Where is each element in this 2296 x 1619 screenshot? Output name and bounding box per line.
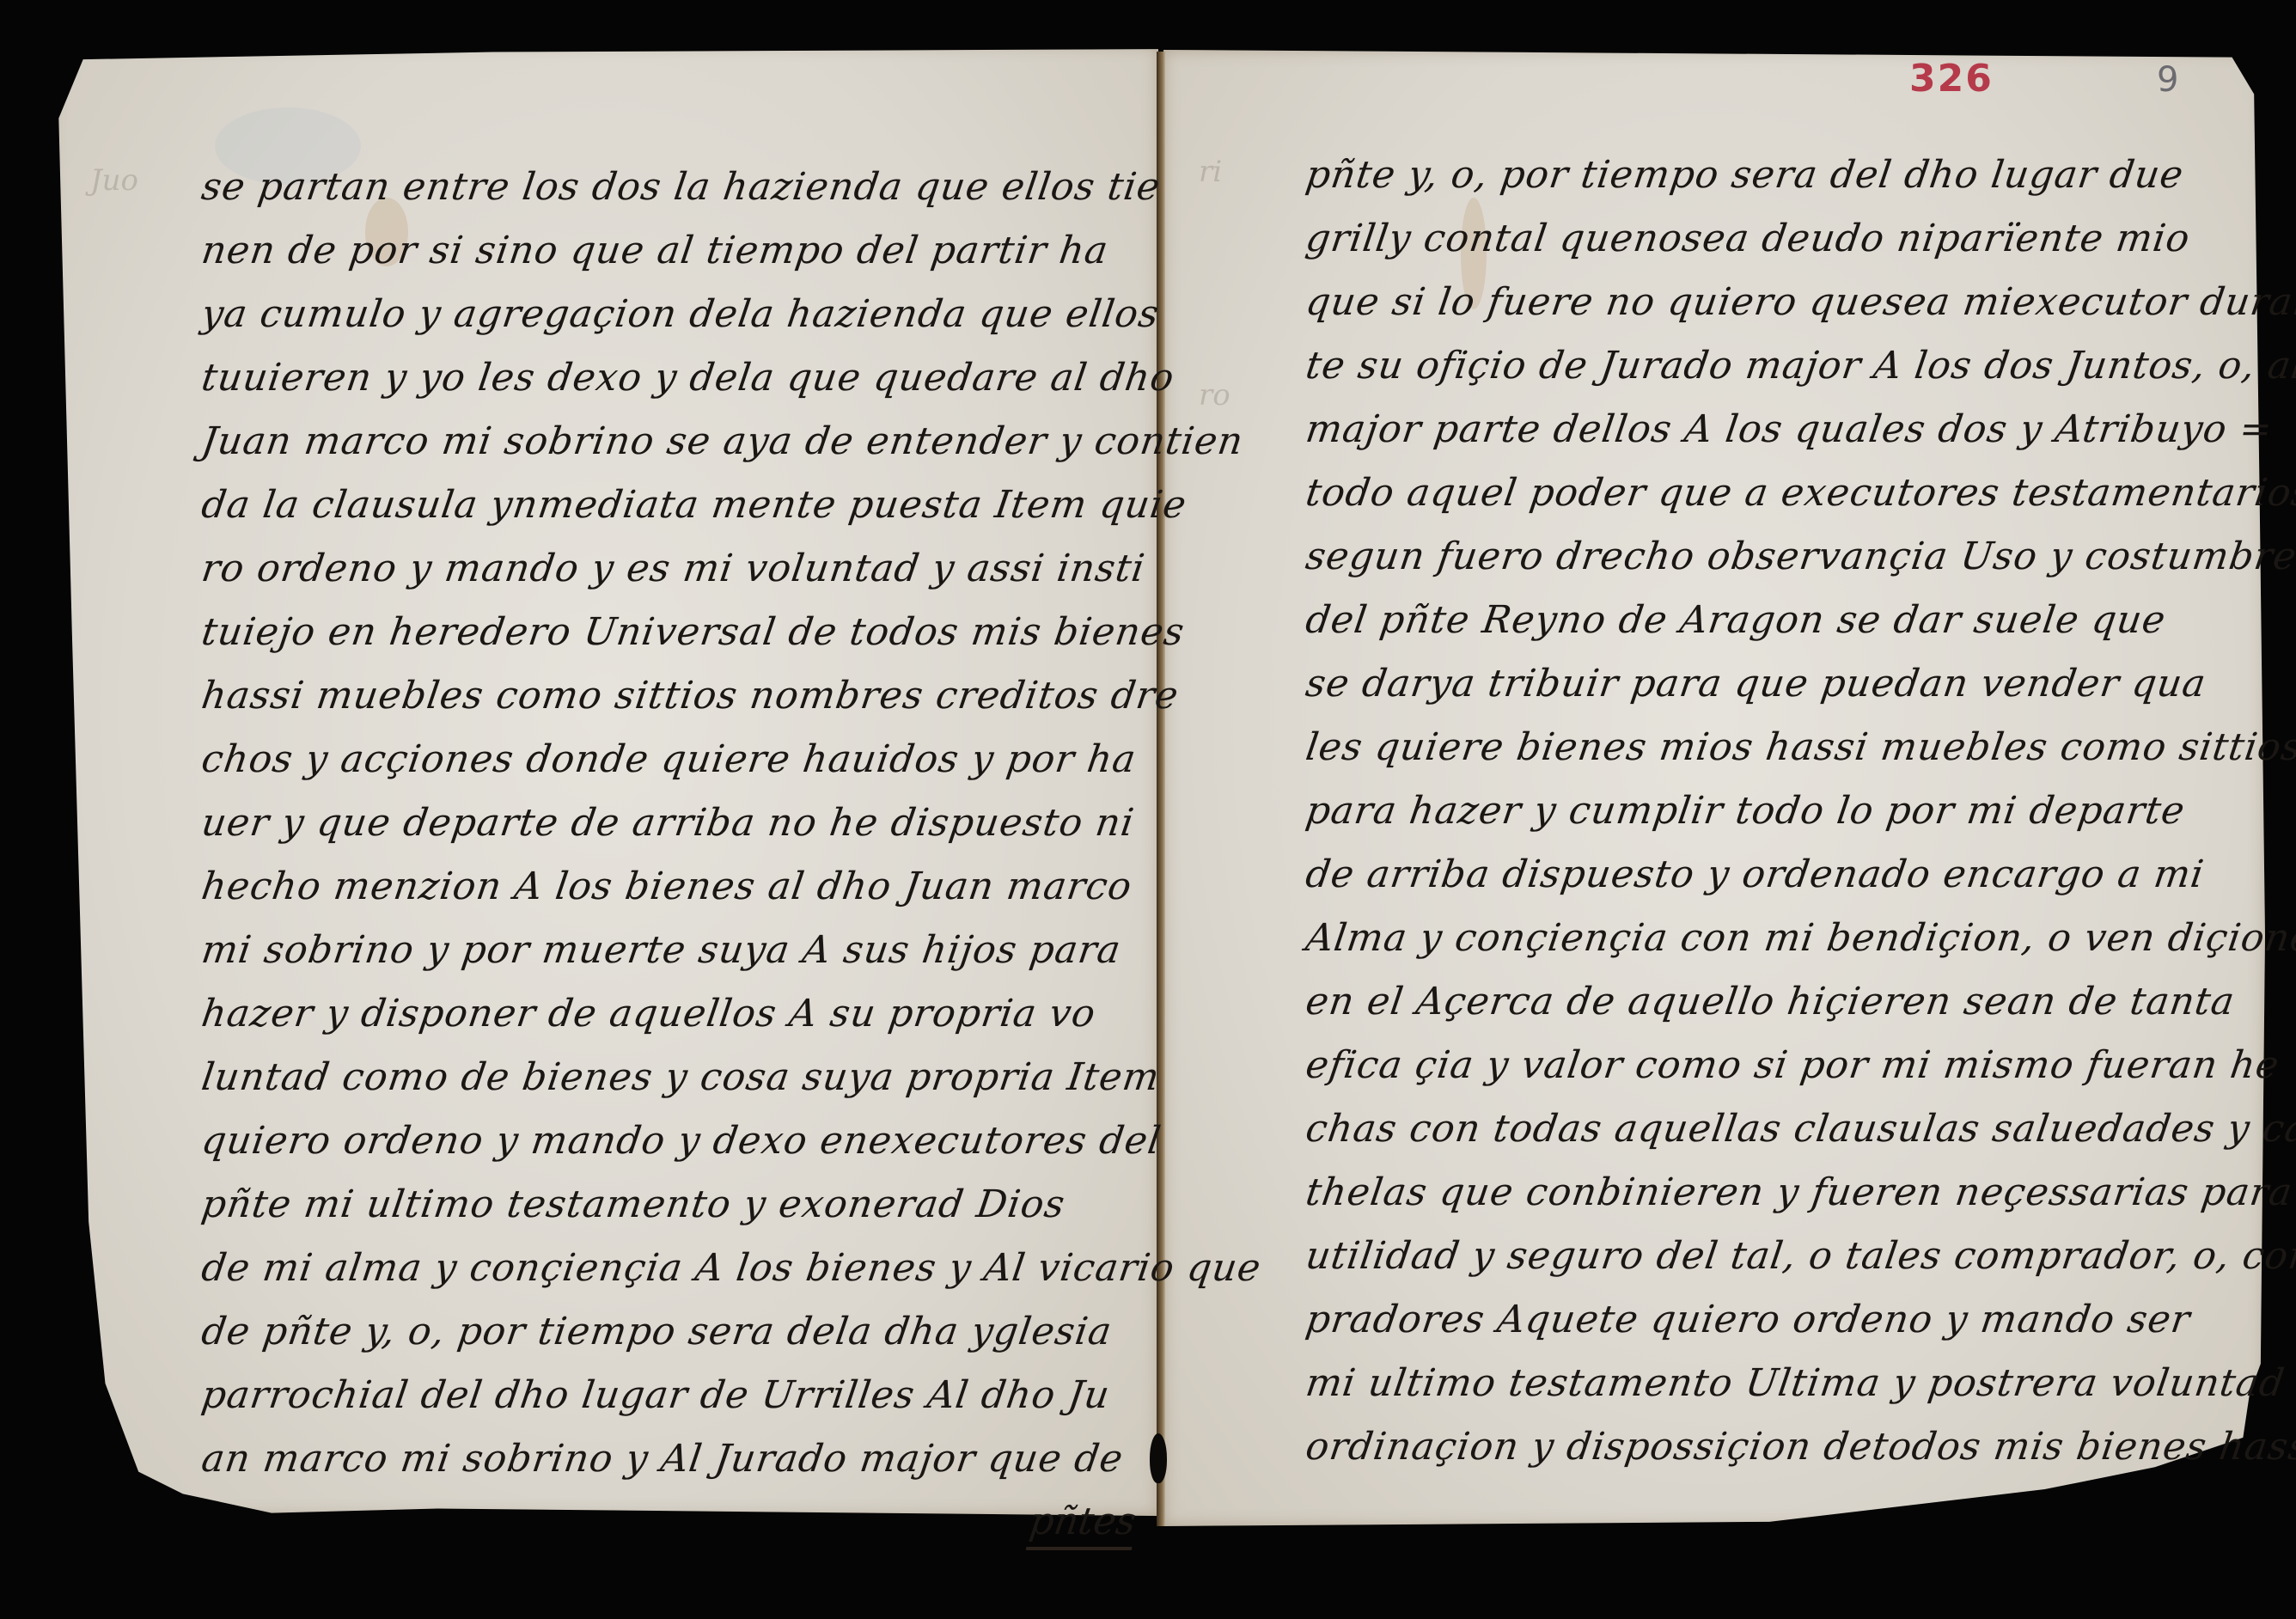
text-line: an marco mi sobrino y Al Jurado major qu… [198,1437,1126,1481]
text-line: tuiejo en heredero Universal de todos mi… [198,610,1187,654]
text-line: ordinaçion y dispossiçion detodos mis bi… [1303,1425,2296,1469]
text-line: quiero ordeno y mando y dexo enexecutore… [198,1119,1163,1163]
text-line: tuuieren y yo les dexo y dela que quedar… [198,356,1177,400]
text-line: te su ofiçio de Jurado major A los dos J… [1303,344,2296,388]
text-line: parrochial del dho lugar de Urrilles Al … [198,1373,1112,1417]
text-line: ro ordeno y mando y es mi voluntad y ass… [198,547,1147,590]
text-line: mi ultimo testamento Ultima y postrera v… [1303,1361,2287,1405]
text-line: luntad como de bienes y cosa suya propri… [198,1055,1163,1099]
text-line: se partan entre los dos la hazienda que … [198,165,1163,209]
text-line: hazer y disponer de aquellos A su propri… [198,992,1098,1036]
text-line: efica çia y valor como si por mi mismo f… [1303,1043,2282,1087]
ink-blot [1150,1433,1167,1483]
text-line: nen de por si sino que al tiempo del par… [198,229,1111,272]
text-line: de pñte y, o, por tiempo sera dela dha y… [198,1310,1114,1353]
text-line: les quiere bienes mios hassi muebles com… [1303,725,2296,769]
text-line: segun fuero drecho observançia Uso y cos… [1303,535,2296,578]
text-line: ya cumulo y agregaçion dela hazienda que… [198,292,1162,336]
text-line: de mi alma y conçiençia A los bienes y A… [198,1246,1263,1290]
text-line: mi sobrino y por muerte suya A sus hijos… [198,928,1123,972]
text-line: para hazer y cumplir todo lo por mi depa… [1303,789,2188,833]
text-line: pñte mi ultimo testamento y exonerad Dio… [198,1182,1067,1226]
text-line: chas con todas aquellas clausulas salued… [1303,1107,2296,1151]
pencil-page-number: 9 [2157,60,2178,100]
text-line: hassi muebles como sittios nombres credi… [198,674,1182,718]
text-line: en el Açerca de aquello hiçieren sean de… [1303,980,2238,1023]
bleed-through-text: ro [1199,378,1230,412]
text-line: pradores Aquete quiero ordeno y mando se… [1303,1298,2193,1341]
text-line: Alma y conçiençia con mi bendiçion, o ve… [1303,916,2296,960]
text-line: del pñte Reyno de Aragon se dar suele qu… [1303,598,2168,642]
text-line: hecho menzion A los bienes al dho Juan m… [198,864,1134,908]
text-line: Juan marco mi sobrino se aya de entender… [198,419,1246,463]
catchword: pñtes [1026,1500,1139,1550]
text-line: grilly contal quenosea deudo niparïente … [1303,217,2193,260]
text-line: de arriba dispuesto y ordenado encargo a… [1303,852,2207,896]
bleed-through-text: ri [1199,155,1222,189]
text-line: da la clausula ynmediata mente puesta It… [198,483,1189,527]
text-line: todo aquel poder que a executores testam… [1303,471,2296,515]
bleed-through-text: Juo [90,163,138,198]
text-line: chos y acçiones donde quiere hauidos y p… [198,737,1139,781]
text-line: utilidad y seguro del tal, o tales compr… [1303,1234,2296,1278]
text-line: uer y que departe de arriba no he dispue… [198,801,1137,845]
text-line: thelas que conbinieren y fueren neçessar… [1303,1170,2295,1214]
text-line: que si lo fuere no quiero quesea miexecu… [1303,280,2296,324]
text-line: se darya tribuir para que puedan vender … [1303,662,2208,706]
folio-stamp-number: 326 [1909,57,1994,101]
text-line: major parte dellos A los quales dos y At… [1303,407,2275,451]
binding-gutter [1157,52,1165,1526]
text-line: pñte y, o, por tiempo sera del dho lugar… [1303,153,2186,197]
